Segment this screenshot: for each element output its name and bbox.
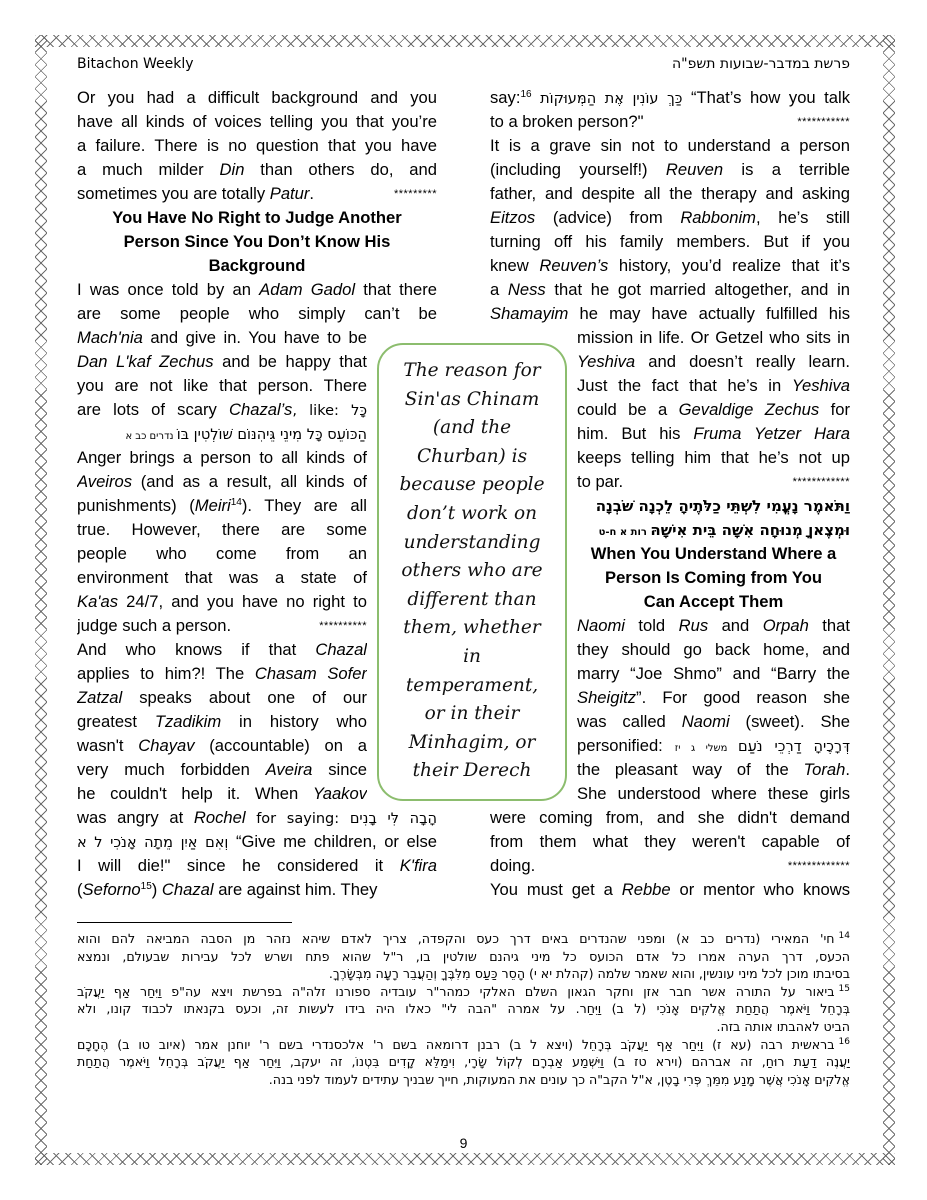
paragraph-line: were coming from, and she didn't demand xyxy=(490,806,850,830)
paragraph-line: Aveiros (and as a result, all kinds of xyxy=(77,470,367,494)
italic-term: Reuven xyxy=(666,160,723,179)
text-run[interactable]: and xyxy=(708,616,763,635)
text-run[interactable]: Person Is Coming from You xyxy=(605,568,822,587)
paragraph-line: Ka'as 24/7, and you have no right to xyxy=(77,590,367,614)
hebrew-quote[interactable]: דְּרָכֶיהָ דַרְכֵי נֹעַם xyxy=(738,739,850,755)
paragraph-line: you are not like that person. There xyxy=(77,374,367,398)
section-heading: Person Since You Don’t Know His xyxy=(77,230,437,254)
text-run[interactable]: is a terrible xyxy=(723,160,850,179)
footnote-line: 16בראשית רבה (עא ז) וַיִּחַר אַף יַעֲקֹב… xyxy=(77,1036,850,1054)
border-left xyxy=(35,35,47,1165)
text-run[interactable]: (including yourself!) xyxy=(490,160,666,179)
text-run[interactable]: to a broken person?" xyxy=(490,112,644,131)
text-run[interactable]: turning off his family members. But if y… xyxy=(490,232,850,251)
paragraph-line: true. However, there are some xyxy=(77,518,367,542)
italic-term: Seforno xyxy=(83,880,141,899)
paragraph-line: She understood where these girls xyxy=(577,782,850,806)
text-run[interactable]: and be happy that xyxy=(214,352,367,371)
page-number: 9 xyxy=(0,1135,927,1151)
source-citation[interactable]: משלי ג יז xyxy=(675,743,738,754)
italic-term: Aveira xyxy=(266,760,313,779)
hebrew-quote[interactable]: הַכּוֹעֵס כָּל מִינֵי גֵּיהִנּוֹם שׁוֹלְ… xyxy=(177,427,367,443)
italic-term: Chasam Sofer xyxy=(255,664,367,683)
italic-term: Zatzal xyxy=(77,688,122,707)
border-bottom xyxy=(35,1153,895,1165)
text-run[interactable]: than others do, and xyxy=(244,160,437,179)
paragraph-line: Shamayim he may have actually fulfilled … xyxy=(490,302,850,326)
paragraph-line: applies to him?! The Chasam Sofer xyxy=(77,662,367,686)
text-run[interactable]: that there xyxy=(355,280,437,299)
footnote-number: 15 xyxy=(839,984,850,994)
text-run[interactable]: Just the fact that he’s in xyxy=(577,376,792,395)
text-run[interactable]: true. However, there are some xyxy=(77,520,367,539)
section-heading: You Have No Right to Judge Another xyxy=(77,206,437,230)
text-run[interactable]: (and as a result, all kinds of xyxy=(132,472,367,491)
text-run[interactable]: are lots of scary xyxy=(77,400,229,419)
paragraph-line: to a broken person?"*********** xyxy=(490,110,850,134)
paragraph-line: the pleasant way of the Torah. xyxy=(577,758,850,782)
text-run[interactable]: greatest xyxy=(77,712,155,731)
text-run[interactable]: that he got married altogether, and in xyxy=(546,280,850,299)
text-run[interactable]: . xyxy=(845,760,850,779)
italic-term: Sheigitz xyxy=(577,688,636,707)
text-run[interactable]: told xyxy=(625,616,679,635)
italic-term: Ka'as xyxy=(77,592,118,611)
paragraph-line: was angry at Rochel for saying: הָבָה לִ… xyxy=(77,806,437,830)
text-run[interactable]: for xyxy=(819,400,850,419)
footnote-separator xyxy=(77,922,292,923)
italic-term: Rochel xyxy=(194,808,246,827)
text-run[interactable]: “That’s how you talk xyxy=(682,88,850,107)
border-top xyxy=(35,35,895,47)
italic-term: Chazal xyxy=(162,880,214,899)
paragraph-line: from them what they weren't capable of xyxy=(490,830,850,854)
paragraph-line: people who come from an xyxy=(77,542,367,566)
hebrew-quote[interactable]: וַתֹּאמֶר נָעֳמִי לִשְׁתֵּי כַלֹּתֶיהָ ל… xyxy=(596,497,850,515)
text-run[interactable]: Can Accept Them xyxy=(644,592,784,611)
section-divider-stars: *********** xyxy=(797,110,850,134)
text-run[interactable]: ”. For good reason she xyxy=(636,688,850,707)
footnote-line: בְּרָחֵל וַיֹּאמֶר הֲתַחַת אֱלֹקִים אָנֹ… xyxy=(77,1000,850,1018)
section-divider-stars: ************* xyxy=(788,854,850,878)
section-heading: When You Understand Where a xyxy=(577,542,850,566)
text-run[interactable]: environment that was a state of xyxy=(77,568,367,587)
text-run[interactable]: are against him. They xyxy=(214,880,378,899)
italic-term: Torah xyxy=(804,760,846,779)
text-run[interactable]: him. But his xyxy=(577,424,693,443)
text-run[interactable]: marry “Joe Shmo” and “Barry the xyxy=(577,664,850,683)
text-run[interactable]: , he’s still xyxy=(756,208,850,227)
text-run[interactable]: was angry at xyxy=(77,808,194,827)
paragraph-line: a Ness that he got married altogether, a… xyxy=(490,278,850,302)
paragraph-line: Naomi told Rus and Orpah that xyxy=(577,614,850,638)
footnote-text: בסיבתו מוכן לכל מיני עונשין, והוא שאמר ש… xyxy=(329,966,850,981)
paragraph-line: I will die!" since he considered it K'fi… xyxy=(77,854,437,878)
footnote-line: 15ביאור על התורה אשר חבר אזן וחקר הגאון … xyxy=(77,983,850,1001)
paragraph-line: Sheigitz”. For good reason she xyxy=(577,686,850,710)
italic-term: Orpah xyxy=(763,616,809,635)
footnote-line: הכעס, דרך הערה אמרו כל אדם הכועס כל מיני… xyxy=(77,948,850,966)
footnote-line: יַעֲנֶה דַעַת רוּחַ, זה אברהם (וירא טז ב… xyxy=(77,1053,850,1071)
text-run[interactable]: very much forbidden xyxy=(77,760,266,779)
paragraph-line: him. But his Fruma Yetzer Hara xyxy=(577,422,850,446)
hebrew-quote[interactable]: וּמְצֶאןָ מְנוּחָה אִשָּׁה בֵּית אִישָׁה… xyxy=(650,521,850,539)
footnote-line: אֱלֹקִים אָנֹכִי אֲשֶׁר מָנַע מִמֵּךְ פְ… xyxy=(77,1071,850,1089)
text-run[interactable]: She understood where these girls xyxy=(577,784,850,803)
footnote-ref[interactable]: 15 xyxy=(141,881,152,892)
border-right xyxy=(883,35,895,1165)
text-run[interactable]: have all kinds of voices telling you tha… xyxy=(77,112,437,131)
footnote-text: ביאור על התורה אשר חבר אזן וחקר הגאון הש… xyxy=(77,984,835,999)
text-run[interactable]: 24/7, and you have no right to xyxy=(118,592,367,611)
text-run[interactable]: since xyxy=(312,760,367,779)
text-run[interactable]: and give in. You have to be xyxy=(143,328,367,347)
footnote-text: חי' המאירי (נדרים כב א) ומפני שהנדרים בא… xyxy=(77,931,835,946)
hebrew-pasuk: וּמְצֶאןָ מְנוּחָה אִשָּׁה בֵּית אִישָׁה… xyxy=(577,518,850,542)
paragraph-line: marry “Joe Shmo” and “Barry the xyxy=(577,662,850,686)
paragraph-line: could be a Gevaldige Zechus for xyxy=(577,398,850,422)
text-run[interactable]: (accountable) on a xyxy=(195,736,367,755)
paragraph-line: he couldn't help it. When Yaakov xyxy=(77,782,367,806)
text-run[interactable]: from them what they weren't capable of xyxy=(490,832,850,851)
text-run[interactable]: that xyxy=(809,616,850,635)
paragraph-line: Eitzos (advice) from Rabbonim, he’s stil… xyxy=(490,206,850,230)
footnote-text: הכעס, דרך הערה אמרו כל אדם הכועס כל מיני… xyxy=(77,949,850,964)
italic-term: Gevaldige Zechus xyxy=(679,400,820,419)
text-run[interactable]: (advice) from xyxy=(535,208,680,227)
italic-term: Rebbe xyxy=(622,880,671,899)
italic-term: Din xyxy=(220,160,245,179)
footnote-line: בסיבתו מוכן לכל מיני עונשין, והוא שאמר ש… xyxy=(77,965,850,983)
text-run[interactable]: wasn't xyxy=(77,736,138,755)
text-run[interactable]: It is a grave sin not to understand a pe… xyxy=(490,136,850,155)
paragraph-line: I was once told by an Adam Gadol that th… xyxy=(77,278,437,302)
text-run[interactable]: in history who xyxy=(221,712,367,731)
paragraph-line: You must get a Rebbe or mentor who knows xyxy=(490,878,850,902)
paragraph-line: are some people who simply can’t be xyxy=(77,302,437,326)
text-run[interactable]: and doesn’t really learn. xyxy=(635,352,850,371)
paragraph-line: Dan L'kaf Zechus and be happy that xyxy=(77,350,367,374)
italic-term: Yaakov xyxy=(313,784,367,803)
text-run[interactable]: I will die!" since he considered it xyxy=(77,856,400,875)
italic-term: Adam Gadol xyxy=(259,280,355,299)
italic-term: Dan L'kaf Zechus xyxy=(77,352,214,371)
text-run[interactable]: (sweet). She xyxy=(730,712,850,731)
italic-term: Naomi xyxy=(682,712,730,731)
text-run[interactable]: to par. xyxy=(577,472,623,491)
italic-term: Fruma Yetzer Hara xyxy=(693,424,850,443)
footnote-number: 14 xyxy=(839,931,850,941)
text-run[interactable]: You must get a xyxy=(490,880,622,899)
paragraph-line: have all kinds of voices telling you tha… xyxy=(77,110,437,134)
section-heading: Background xyxy=(77,254,437,278)
text-run[interactable]: mission in life. Or Getzel who sits in xyxy=(577,328,850,347)
footnote-text: הביט לאהבתו אותה בזה. xyxy=(716,1019,850,1034)
italic-term: Naomi xyxy=(577,616,625,635)
paragraph-line: turning off his family members. But if y… xyxy=(490,230,850,254)
italic-term: Aveiros xyxy=(77,472,132,491)
paragraph-line: was called Naomi (sweet). She xyxy=(577,710,850,734)
paragraph-line: a failure. There is no question that you… xyxy=(77,134,437,158)
section-divider-stars: ********** xyxy=(319,614,367,638)
footnote-text: בְּרָחֵל וַיֹּאמֶר הֲתַחַת אֱלֹקִים אָנֹ… xyxy=(77,1001,850,1016)
paragraph-line: And who knows if that Chazal xyxy=(77,638,367,662)
right-column: say:16 כַּךְ עוֹנִין אֶת הַמְּעוּקוֹת “T… xyxy=(490,86,850,902)
text-run[interactable]: the pleasant way of the xyxy=(577,760,804,779)
text-run[interactable]: applies to him?! The xyxy=(77,664,255,683)
paragraph-line: very much forbidden Aveira since xyxy=(77,758,367,782)
text-run[interactable]: were coming from, and she didn't demand xyxy=(490,808,850,827)
text-run[interactable]: or mentor who knows xyxy=(671,880,850,899)
italic-term: Chazal’s xyxy=(229,400,292,419)
paragraph-line: personified: דְּרָכֶיהָ דַרְכֵי נֹעַם מש… xyxy=(577,734,850,758)
paragraph-line: to par.************ xyxy=(577,470,850,494)
text-run[interactable]: punishments) ( xyxy=(77,496,195,515)
paragraph-line: Just the fact that he’s in Yeshiva xyxy=(577,374,850,398)
paragraph-line: Yeshiva and doesn’t really learn. xyxy=(577,350,850,374)
text-run[interactable]: sometimes you are totally xyxy=(77,184,270,203)
italic-term: Tzadikim xyxy=(155,712,221,731)
footnote-ref[interactable]: 16 xyxy=(520,89,531,100)
text-run[interactable]: was called xyxy=(577,712,682,731)
text-run[interactable]: you are not like that person. There xyxy=(77,376,367,395)
text-run[interactable]: a xyxy=(490,280,508,299)
text-run[interactable]: And who knows if that xyxy=(77,640,315,659)
text-run[interactable]: he may have actually fulfilled his xyxy=(568,304,850,323)
text-run[interactable]: he couldn't help it. When xyxy=(77,784,313,803)
paragraph-line: Zatzal speaks about one of our xyxy=(77,686,367,710)
source-citation: נדרים כב א xyxy=(125,431,176,442)
paragraph-line: say:16 כַּךְ עוֹנִין אֶת הַמְּעוּקוֹת “T… xyxy=(490,86,850,110)
text-run[interactable]: they should go back home, and xyxy=(577,640,850,659)
footnote-ref[interactable]: 14 xyxy=(231,497,242,508)
italic-term: Mach'nia xyxy=(77,328,143,347)
italic-term: Chazal xyxy=(315,640,367,659)
paragraph-line: doing.************* xyxy=(490,854,850,878)
paragraph-line: Or you had a difficult background and yo… xyxy=(77,86,437,110)
paragraph-line: (Seforno15) Chazal are against him. They xyxy=(77,878,437,902)
section-divider-stars: ************ xyxy=(793,470,850,494)
italic-term: Chayav xyxy=(138,736,194,755)
source-citation: רות א ח-ט xyxy=(599,527,651,538)
paragraph-line: Anger brings a person to all kinds of xyxy=(77,446,367,470)
italic-term: Rus xyxy=(679,616,709,635)
text-run[interactable]: knew xyxy=(490,256,539,275)
text-run[interactable]: I was once told by an xyxy=(77,280,259,299)
text-run[interactable]: “Give me children, or else xyxy=(228,832,437,851)
paragraph-line: punishments) (Meiri14). They are all xyxy=(77,494,367,518)
paragraph-line: וְאִם אַיִן מֵתָה אָנֹכִי ל א “Give me c… xyxy=(77,830,437,854)
section-heading: Person Is Coming from You xyxy=(577,566,850,590)
text-run[interactable]: are some people who simply can’t be xyxy=(77,304,437,323)
text-run[interactable]: say: xyxy=(490,88,520,107)
text-run[interactable]: keeps telling him that he’s not up xyxy=(577,448,850,467)
italic-term: Reuven’s xyxy=(539,256,608,275)
italic-term: Rabbonim xyxy=(680,208,756,227)
italic-term: Ness xyxy=(508,280,546,299)
footnote-number: 16 xyxy=(839,1037,850,1047)
text-run[interactable]: ). They are all xyxy=(242,496,367,515)
paragraph-line: sometimes you are totally Patur.********… xyxy=(77,182,437,206)
footnote-line: 14חי' המאירי (נדרים כב א) ומפני שהנדרים … xyxy=(77,930,850,948)
paragraph-line: father, and despite all the therapy and … xyxy=(490,182,850,206)
text-run[interactable]: You Have No Right to Judge Another xyxy=(112,208,401,227)
paragraph-line: keeps telling him that he’s not up xyxy=(577,446,850,470)
hebrew-quote[interactable]: , like: כָּל xyxy=(292,403,367,419)
paragraph-line: (including yourself!) Reuven is a terrib… xyxy=(490,158,850,182)
text-run[interactable]: doing. xyxy=(490,856,535,875)
footnote-text: בראשית רבה (עא ז) וַיִּחַר אַף יַעֲקֹב ב… xyxy=(77,1037,835,1052)
text-run[interactable]: Background xyxy=(209,256,306,275)
paragraph-line: mission in life. Or Getzel who sits in xyxy=(577,326,850,350)
paragraph-line: judge such a person.********** xyxy=(77,614,367,638)
hebrew-quote[interactable]: וְאִם אַיִן מֵתָה אָנֹכִי ל א xyxy=(77,835,228,851)
text-run[interactable]: personified: xyxy=(577,736,675,755)
italic-term: Meiri xyxy=(195,496,231,515)
text-run[interactable]: Person Since You Don’t Know His xyxy=(124,232,391,251)
italic-term: Shamayim xyxy=(490,304,568,323)
text-run[interactable]: a failure. There is no question that you… xyxy=(77,136,437,155)
paragraph-line: It is a grave sin not to understand a pe… xyxy=(490,134,850,158)
hebrew-quote[interactable]: כַּךְ עוֹנִין אֶת הַמְּעוּקוֹת xyxy=(532,91,683,107)
text-run[interactable]: a much milder xyxy=(77,160,220,179)
text-run[interactable]: . xyxy=(309,184,314,203)
publication-name: Bitachon Weekly xyxy=(77,56,194,72)
hebrew-quote[interactable]: for saying: הָבָה לִּי בָנִים xyxy=(246,811,437,827)
text-run[interactable]: history, you’d realize that it’s xyxy=(608,256,850,275)
footnote-text: אֱלֹקִים אָנֹכִי אֲשֶׁר מָנַע מִמֵּךְ פְ… xyxy=(269,1072,850,1087)
text-run[interactable]: could be a xyxy=(577,400,679,419)
footnote-line: הביט לאהבתו אותה בזה. xyxy=(77,1018,850,1036)
paragraph-line: knew Reuven’s history, you’d realize tha… xyxy=(490,254,850,278)
footnote-text: יַעֲנֶה דַעַת רוּחַ, זה אברהם (וירא טז ב… xyxy=(77,1054,850,1069)
hebrew-pasuk: וַתֹּאמֶר נָעֳמִי לִשְׁתֵּי כַלֹּתֶיהָ ל… xyxy=(577,494,850,518)
section-heading: Can Accept Them xyxy=(577,590,850,614)
italic-term: Patur xyxy=(270,184,310,203)
paragraph-line: הַכּוֹעֵס כָּל מִינֵי גֵּיהִנּוֹם שׁוֹלְ… xyxy=(77,422,367,446)
text-run[interactable]: Anger brings a person to all kinds of xyxy=(77,448,367,467)
paragraph-line: are lots of scary Chazal’s, like: כָּל xyxy=(77,398,367,422)
paragraph-line: wasn't Chayav (accountable) on a xyxy=(77,734,367,758)
italic-term: Yeshiva xyxy=(792,376,850,395)
italic-term: K'fira xyxy=(400,856,437,875)
paragraph-line: environment that was a state of xyxy=(77,566,367,590)
paragraph-line: a much milder Din than others do, and xyxy=(77,158,437,182)
text-run[interactable]: speaks about one of our xyxy=(122,688,367,707)
paragraph-line: they should go back home, and xyxy=(577,638,850,662)
parsha-title: פרשת במדבר-שבועות תשפ"ה xyxy=(672,56,850,72)
text-run[interactable]: father, and despite all the therapy and … xyxy=(490,184,850,203)
text-run[interactable]: ) xyxy=(152,880,162,899)
text-run[interactable]: Or you had a difficult background and yo… xyxy=(77,88,437,107)
text-run[interactable]: people who come from an xyxy=(77,544,367,563)
footnotes: 14חי' המאירי (נדרים כב א) ומפני שהנדרים … xyxy=(77,930,850,1088)
section-divider-stars: ********* xyxy=(394,182,437,206)
paragraph-line: greatest Tzadikim in history who xyxy=(77,710,367,734)
text-run[interactable]: judge such a person. xyxy=(77,616,231,635)
text-run[interactable]: When You Understand Where a xyxy=(591,544,837,563)
paragraph-line: Mach'nia and give in. You have to be xyxy=(77,326,367,350)
italic-term: Yeshiva xyxy=(577,352,635,371)
italic-term: Eitzos xyxy=(490,208,535,227)
